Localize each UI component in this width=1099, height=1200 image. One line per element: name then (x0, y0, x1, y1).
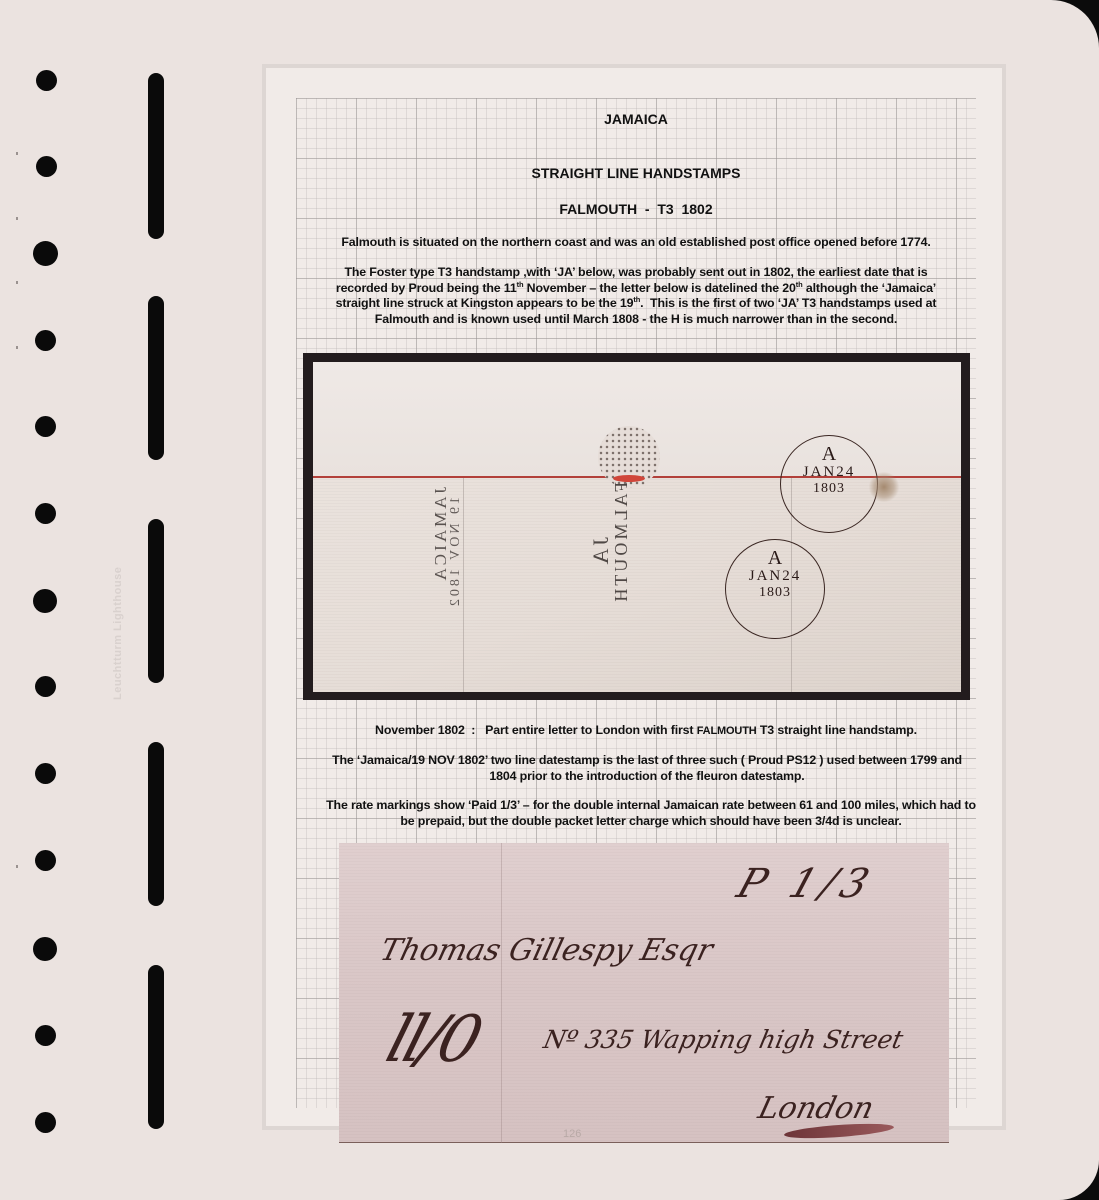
binder-slot (148, 965, 164, 1129)
subsection-title: FALMOUTH - T3 1802 (296, 201, 976, 217)
punch-hole (36, 156, 57, 177)
caption-1: November 1802 : Part entire letter to Lo… (296, 723, 996, 740)
superscript: th (796, 279, 803, 288)
country-title: JAMAICA (296, 111, 976, 127)
margin-tick (16, 152, 18, 155)
margin-tick (16, 217, 18, 220)
caption-2: The ‘Jamaica/19 NOV 1802’ two line dates… (290, 753, 1004, 784)
binder-slot (148, 742, 164, 906)
intro-line-4: Falmouth and is known used until March 1… (290, 312, 982, 328)
punch-hole (35, 416, 56, 437)
street-address: Nº 335 Wapping high Street (541, 1025, 906, 1054)
caption-3: The rate markings show ‘Paid 1/3’ – for … (290, 798, 1012, 829)
text-span: straight line struck at Kingston appears… (336, 296, 634, 310)
punch-hole (35, 1025, 56, 1046)
intro-line-1: The Foster type T3 handstamp ,with ‘JA’ … (290, 265, 982, 281)
caption-town: FALMOUTH (697, 725, 757, 737)
text-span: . This is the first of two ‘JA’ T3 hands… (640, 296, 936, 310)
cds-letter: A (726, 548, 824, 568)
binder-slot (148, 519, 164, 683)
cds-date: JAN24 (726, 568, 824, 585)
intro-paragraph-2: The Foster type T3 handstamp ,with ‘JA’ … (290, 265, 982, 327)
margin-tick (16, 346, 18, 349)
caption-line: The rate markings show ‘Paid 1/3’ – for … (290, 798, 1012, 814)
caption-text: T3 straight line handstamp. (760, 723, 917, 737)
binder-slot (148, 296, 164, 460)
punch-hole (36, 70, 57, 91)
addressee: Thomas Gillespy Esqr (377, 933, 717, 968)
caption-date: November 1802 : (375, 723, 475, 737)
wax-seal-residue (613, 475, 645, 482)
caption-line: The ‘Jamaica/19 NOV 1802’ two line dates… (290, 753, 1004, 769)
punch-hole (35, 330, 56, 351)
falmouth-handstamp: FALMOUTH (611, 482, 632, 605)
letter-back-image: JAMAICA 19 NOV 1802 FALMOUTH JA A JAN24 … (313, 362, 961, 692)
stamp-text: JA (588, 537, 613, 567)
punch-hole (33, 241, 58, 266)
punch-hole (35, 850, 56, 871)
margin-tick (16, 865, 18, 868)
brand-watermark: Leuchtturm Lighthouse (112, 567, 124, 700)
intro-line-2: recorded by Proud being the 11th Novembe… (290, 281, 982, 297)
text-span: November – the letter below is datelined… (523, 281, 795, 295)
punch-hole (35, 1112, 56, 1133)
rate-marking: P 1/3 (732, 861, 881, 907)
punch-hole (35, 503, 56, 524)
fold-line (501, 843, 502, 1143)
album-page: Leuchtturm Lighthouse JAMAICA STRAIGHT L… (0, 0, 1099, 1200)
margin-tick (16, 281, 18, 284)
cds-date: JAN24 (781, 464, 877, 481)
backstamp-lower: A JAN24 1803 (725, 539, 825, 639)
caption-line: 1804 prior to the introduction of the fl… (290, 769, 1004, 785)
cds-letter: A (781, 444, 877, 464)
cds-year: 1803 (781, 481, 877, 497)
charge-mark: ll/0 (378, 1003, 486, 1077)
text-span: although the ‘Jamaica’ (803, 281, 937, 295)
letter-front-image: P 1/3 Thomas Gillespy Esqr ll/0 Nº 335 W… (339, 843, 949, 1143)
stamp-text: 19 NOV 1802 (448, 497, 463, 609)
pencil-note: 126 (563, 1128, 581, 1140)
offset-date-stamp: 19 NOV 1802 (448, 497, 464, 609)
caption-line: be prepaid, but the double packet letter… (290, 814, 1012, 830)
text-span: recorded by Proud being the 11 (336, 281, 517, 295)
town-address: London (755, 1091, 878, 1126)
backstamp-upper: A JAN24 1803 (780, 435, 878, 533)
punch-hole (33, 937, 57, 961)
intro-paragraph-1: Falmouth is situated on the northern coa… (296, 235, 976, 251)
punch-hole (35, 763, 56, 784)
section-title: STRAIGHT LINE HANDSTAMPS (296, 165, 976, 181)
ink-stain (868, 472, 900, 502)
stamp-text: FALMOUTH (611, 482, 631, 605)
ja-handstamp: JA (588, 537, 614, 567)
binder-slot (148, 73, 164, 239)
punch-hole (33, 589, 57, 613)
cds-year: 1803 (726, 585, 824, 601)
caption-text: Part entire letter to London with first (485, 723, 693, 737)
punch-hole (35, 676, 56, 697)
intro-line-3: straight line struck at Kingston appears… (290, 296, 982, 312)
